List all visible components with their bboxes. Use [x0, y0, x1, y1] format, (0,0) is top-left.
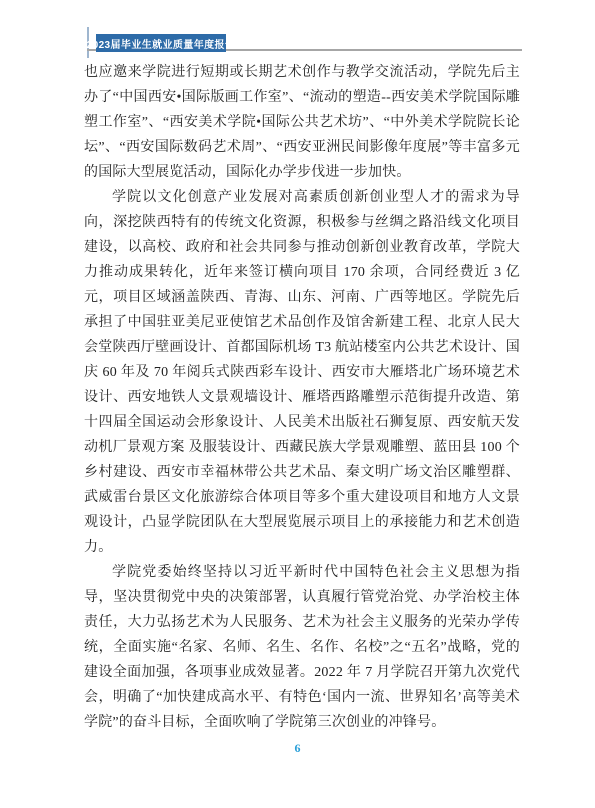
header-title: 2023届毕业生就业质量年度报告 [87, 36, 236, 51]
document-page: 2023届毕业生就业质量年度报告 也应邀来学院进行短期或长期艺术创作与教学交流活… [0, 0, 595, 808]
page-number: 6 [295, 741, 301, 755]
body-text: 也应邀来学院进行短期或长期艺术创作与教学交流活动，学院先后主办了“中国西安•国际… [84, 60, 520, 735]
paragraph-1: 也应邀来学院进行短期或长期艺术创作与教学交流活动，学院先后主办了“中国西安•国际… [84, 60, 520, 185]
header-title-badge: 2023届毕业生就业质量年度报告 [96, 34, 226, 52]
page-footer: 6 [0, 741, 595, 756]
paragraph-2: 学院以文化创意产业发展对高素质创新创业型人才的需求为导向，深挖陕西特有的传统文化… [84, 185, 520, 560]
paragraph-3: 学院党委始终坚持以习近平新时代中国特色社会主义思想为指导，坚决贯彻党中央的决策部… [84, 560, 520, 735]
